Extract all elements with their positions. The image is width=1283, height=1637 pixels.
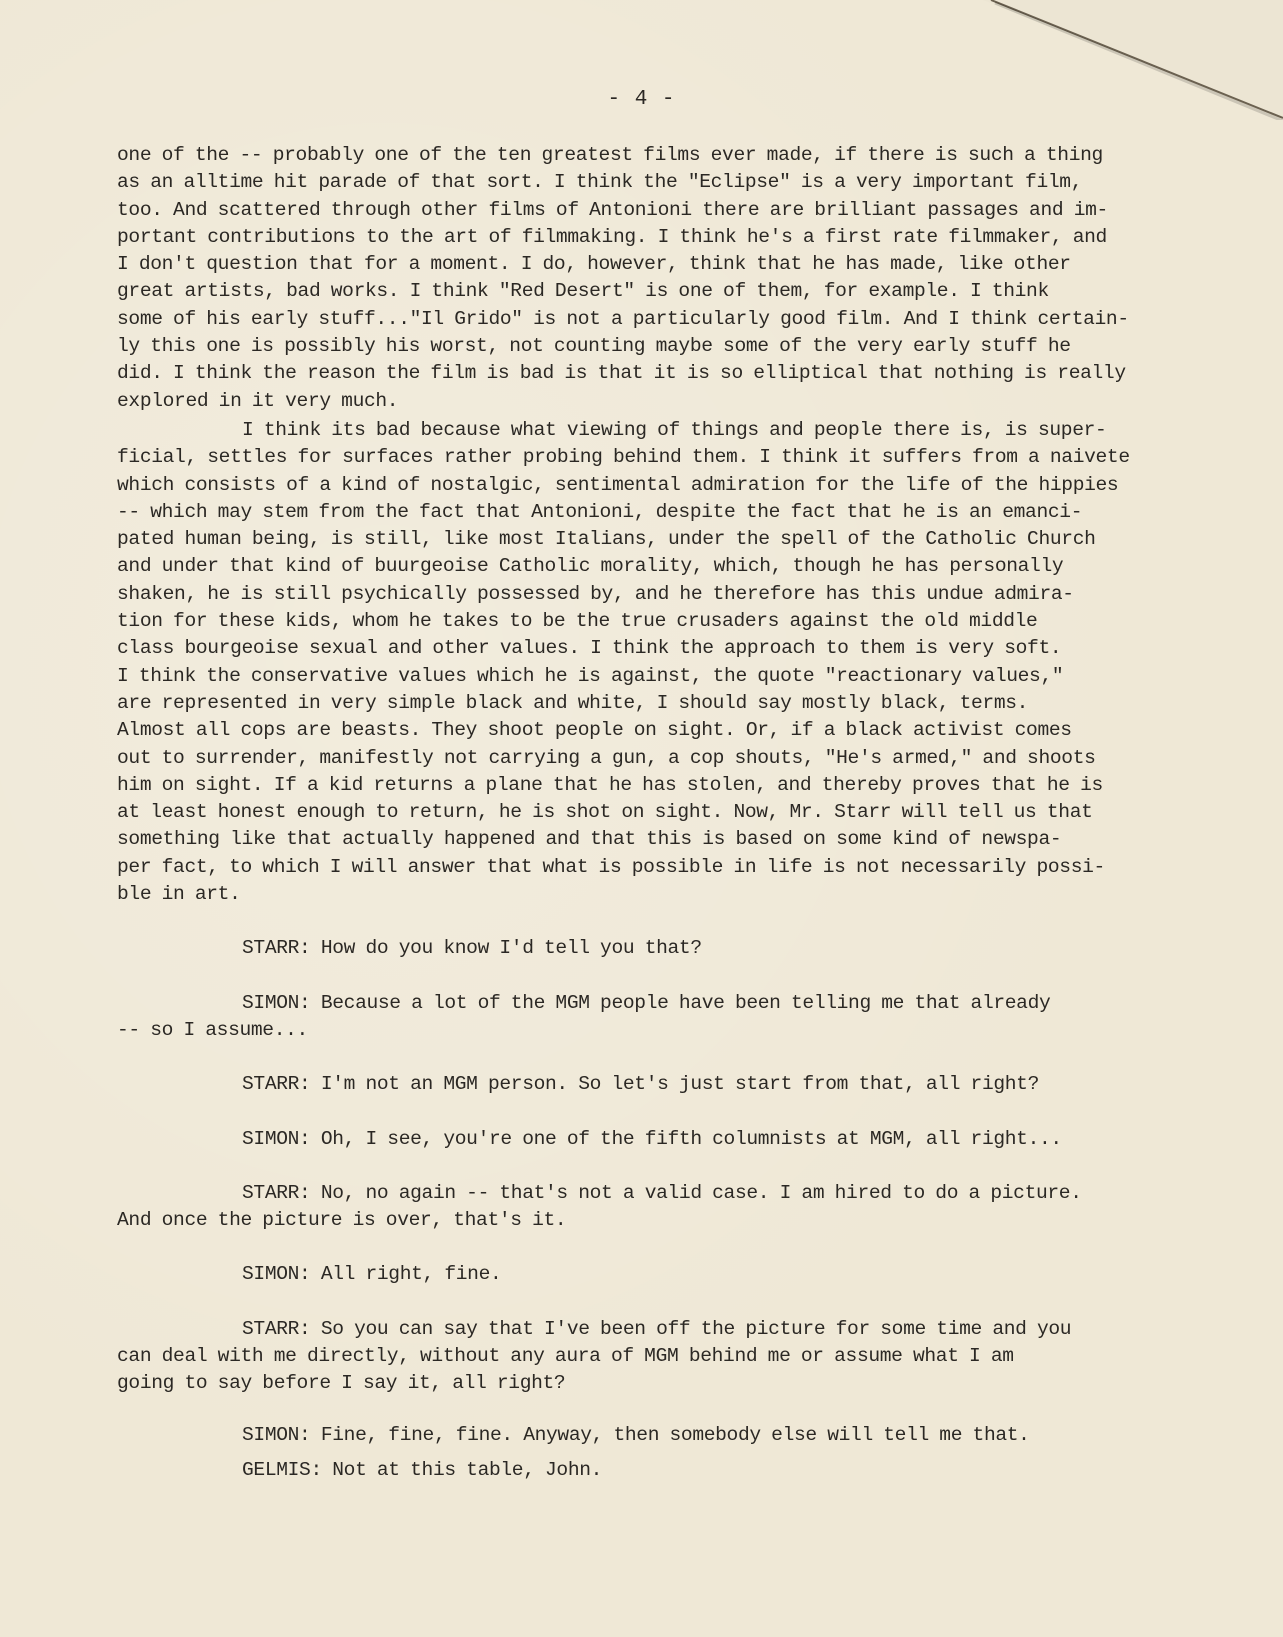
text-line: ble in art. xyxy=(117,881,1202,908)
text-line: great artists, bad works. I think "Red D… xyxy=(117,278,1202,305)
speaker-line: STARR: I'm not an MGM person. So let's j… xyxy=(117,1071,1202,1098)
text-line: are represented in very simple black and… xyxy=(117,690,1202,717)
continuation-paragraph: one of the -- probably one of the ten gr… xyxy=(117,142,1202,415)
text-line: I think the conservative values which he… xyxy=(117,663,1202,690)
text-line: ly this one is possibly his worst, not c… xyxy=(117,333,1202,360)
dialogue-entry-gelmis: GELMIS: Not at this table, John. xyxy=(117,1457,1202,1484)
paragraphs: one of the -- probably one of the ten gr… xyxy=(117,142,1202,908)
speaker-line: SIMON: All right, fine. xyxy=(117,1261,1202,1288)
text-line: some of his early stuff..."Il Grido" is … xyxy=(117,306,1202,333)
text-line: ficial, settles for surfaces rather prob… xyxy=(117,444,1202,471)
text-line: can deal with me directly, without any a… xyxy=(117,1343,1202,1370)
transcript-body: one of the -- probably one of the ten gr… xyxy=(117,142,1202,1484)
speaker-line: STARR: No, no again -- that's not a vali… xyxy=(117,1180,1202,1207)
text-line: which consists of a kind of nostalgic, s… xyxy=(117,472,1202,499)
text-line: shaken, he is still psychically possesse… xyxy=(117,581,1202,608)
text-line: at least honest enough to return, he is … xyxy=(117,799,1202,826)
indented-paragraph: I think its bad because what viewing of … xyxy=(117,417,1202,908)
text-line: and under that kind of buurgeoise Cathol… xyxy=(117,553,1202,580)
text-line: him on sight. If a kid returns a plane t… xyxy=(117,772,1202,799)
text-line: -- which may stem from the fact that Ant… xyxy=(117,499,1202,526)
text-line: as an alltime hit parade of that sort. I… xyxy=(117,169,1202,196)
text-line: too. And scattered through other films o… xyxy=(117,197,1202,224)
dialogue-entry-starr: STARR: I'm not an MGM person. So let's j… xyxy=(117,1071,1202,1098)
dialogue-entry-simon: SIMON: Fine, fine, fine. Anyway, then so… xyxy=(117,1422,1202,1449)
text-line: something like that actually happened an… xyxy=(117,826,1202,853)
text-line: one of the -- probably one of the ten gr… xyxy=(117,142,1202,169)
text-line: going to say before I say it, all right? xyxy=(117,1370,1202,1397)
speaker-line: SIMON: Because a lot of the MGM people h… xyxy=(117,990,1202,1017)
speaker-line: STARR: So you can say that I've been off… xyxy=(117,1316,1202,1343)
text-line: I think its bad because what viewing of … xyxy=(117,417,1202,444)
speaker-line: SIMON: Fine, fine, fine. Anyway, then so… xyxy=(117,1422,1202,1449)
text-line: And once the picture is over, that's it. xyxy=(117,1207,1202,1234)
text-line: per fact, to which I will answer that wh… xyxy=(117,854,1202,881)
text-line: -- so I assume... xyxy=(117,1017,1202,1044)
text-line: class bourgeoise sexual and other values… xyxy=(117,635,1202,662)
dialogue-entry-simon: SIMON: Oh, I see, you're one of the fift… xyxy=(117,1126,1202,1153)
speaker-line: SIMON: Oh, I see, you're one of the fift… xyxy=(117,1126,1202,1153)
text-line: tion for these kids, whom he takes to be… xyxy=(117,608,1202,635)
dialogue-entry-starr: STARR: No, no again -- that's not a vali… xyxy=(117,1180,1202,1235)
dialogue-entry-starr: STARR: How do you know I'd tell you that… xyxy=(117,935,1202,962)
text-line: portant contributions to the art of film… xyxy=(117,224,1202,251)
dialogue: STARR: How do you know I'd tell you that… xyxy=(117,935,1202,1484)
text-line: pated human being, is still, like most I… xyxy=(117,526,1202,553)
dialogue-entry-simon: SIMON: Because a lot of the MGM people h… xyxy=(117,990,1202,1045)
text-line: did. I think the reason the film is bad … xyxy=(117,360,1202,387)
page-number: - 4 - xyxy=(0,88,1283,111)
speaker-line: STARR: How do you know I'd tell you that… xyxy=(117,935,1202,962)
speaker-line: GELMIS: Not at this table, John. xyxy=(117,1457,1202,1484)
text-line: I don't question that for a moment. I do… xyxy=(117,251,1202,278)
dialogue-entry-starr: STARR: So you can say that I've been off… xyxy=(117,1316,1202,1398)
text-line: Almost all cops are beasts. They shoot p… xyxy=(117,717,1202,744)
text-line: explored in it very much. xyxy=(117,388,1202,415)
dialogue-entry-simon: SIMON: All right, fine. xyxy=(117,1261,1202,1288)
text-line: out to surrender, manifestly not carryin… xyxy=(117,745,1202,772)
